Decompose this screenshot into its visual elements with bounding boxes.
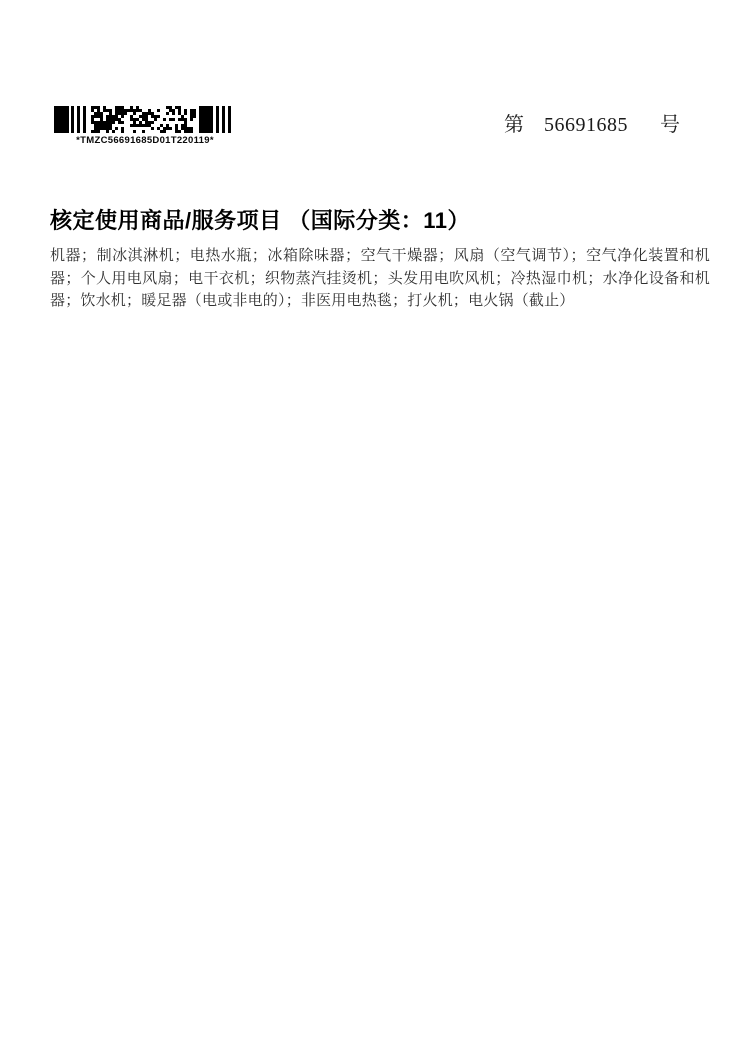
section-heading: 核定使用商品/服务项目 （国际分类：11） — [50, 206, 470, 236]
barcode-image — [54, 106, 236, 133]
barcode-text: *TMZC56691685D01T220119* — [54, 135, 236, 146]
barcode-bar — [228, 106, 231, 133]
registration-number-suffix: 号 — [660, 108, 680, 137]
registration-number-prefix: 第 — [504, 108, 524, 137]
barcode-block-left — [54, 106, 69, 133]
barcode-matrix — [91, 106, 196, 133]
registration-number-value: 56691685 — [544, 114, 628, 137]
certificate-page: *TMZC56691685D01T220119* 第 56691685 号 核定… — [0, 0, 750, 1052]
registration-number: 第 56691685 号 — [504, 108, 680, 137]
barcode: *TMZC56691685D01T220119* — [54, 106, 236, 146]
goods-list: 机器；制冰淇淋机；电热水瓶；冰箱除味器；空气干燥器；风扇（空气调节）；空气净化装… — [50, 245, 710, 313]
barcode-block-right — [199, 106, 213, 133]
